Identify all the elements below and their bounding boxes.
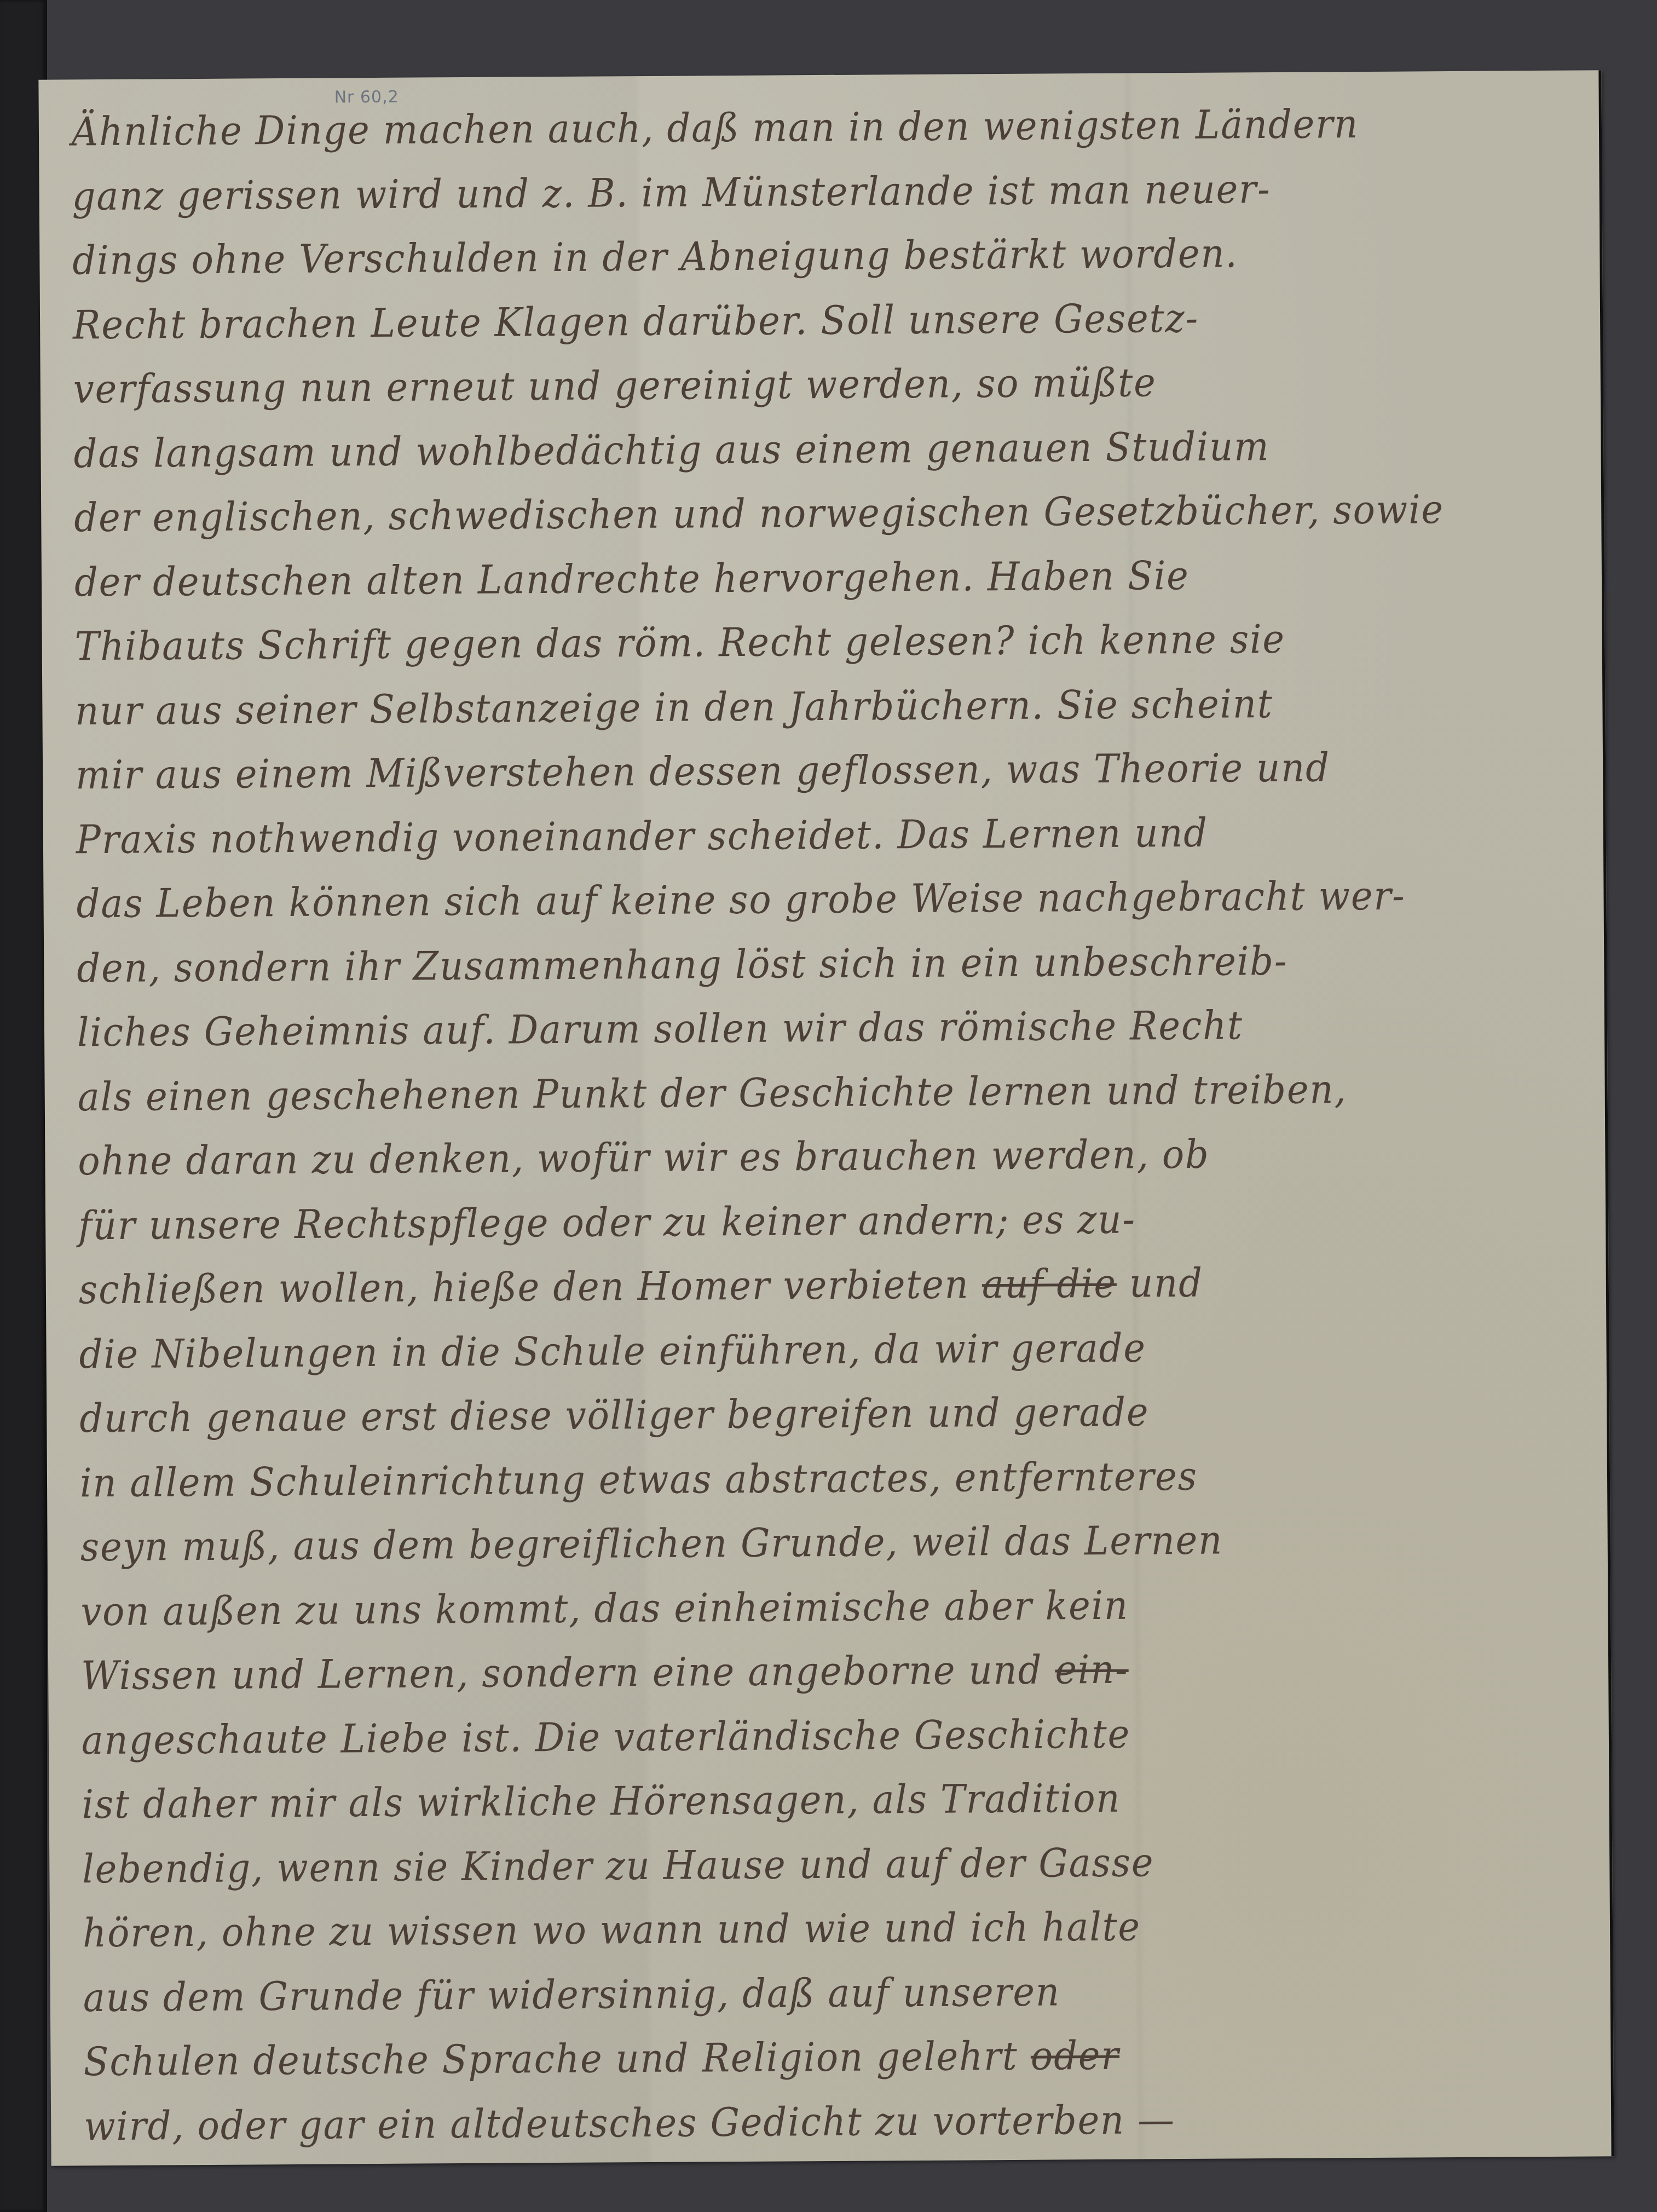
manuscript-line: Wissen und Lernen, sondern eine angeborn… bbox=[81, 1640, 1476, 1703]
manuscript-line: schließen wollen, hieße den Homer verbie… bbox=[79, 1254, 1474, 1317]
manuscript-line: wird, oder gar ein altdeutsches Gedicht … bbox=[84, 2090, 1479, 2153]
manuscript-line: als einen geschehenen Punkt der Geschich… bbox=[77, 1061, 1473, 1124]
manuscript-line: Thibauts Schrift gegen das röm. Recht ge… bbox=[74, 610, 1470, 674]
manuscript-line: der deutschen alten Landrechte hervorgeh… bbox=[74, 546, 1470, 609]
struck-out-word: ein- bbox=[1055, 1646, 1129, 1693]
manuscript-line: hören, ohne zu wissen wo wann und wie un… bbox=[83, 1897, 1478, 1961]
manuscript-page: Nr 60,2 Ähnliche Dinge machen auch, daß … bbox=[38, 70, 1614, 2165]
struck-out-word: auf die bbox=[982, 1260, 1117, 1307]
manuscript-line: aus dem Grunde für widersinnig, daß auf … bbox=[83, 1961, 1478, 2025]
manuscript-line: ohne daran zu denken, wofür wir es brauc… bbox=[78, 1125, 1473, 1189]
manuscript-line: die Nibelungen in die Schule einführen, … bbox=[79, 1318, 1474, 1381]
manuscript-line: Recht brachen Leute Klagen darüber. Soll… bbox=[73, 289, 1468, 352]
manuscript-line: in allem Schuleinrichtung etwas abstract… bbox=[80, 1447, 1475, 1510]
manuscript-line: nur aus seiner Selbstanzeige in den Jahr… bbox=[75, 675, 1470, 738]
manuscript-line: ganz gerissen wird und z. B. im Münsterl… bbox=[72, 160, 1467, 223]
manuscript-line: den, sondern ihr Zusammenhang löst sich … bbox=[77, 932, 1472, 995]
manuscript-line: Praxis nothwendig voneinander scheidet. … bbox=[76, 803, 1471, 867]
manuscript-line: mir aus einem Mißverstehen dessen geflos… bbox=[76, 739, 1471, 803]
manuscript-line: Schulen deutsche Sprache und Religion ge… bbox=[83, 2026, 1479, 2089]
manuscript-line: liches Geheimnis auf. Darum sollen wir d… bbox=[77, 996, 1473, 1060]
manuscript-line: das langsam und wohlbedächtig aus einem … bbox=[73, 417, 1469, 481]
manuscript-line: Ähnliche Dinge machen auch, daß man in d… bbox=[72, 96, 1467, 159]
manuscript-line: angeschaute Liebe ist. Die vaterländisch… bbox=[82, 1704, 1477, 1767]
manuscript-line: ist daher mir als wirkliche Hörensagen, … bbox=[82, 1769, 1477, 1832]
manuscript-line: der englischen, schwedischen und norwegi… bbox=[74, 482, 1469, 545]
manuscript-line: seyn muß, aus dem begreiflichen Grunde, … bbox=[80, 1511, 1475, 1575]
struck-out-word: oder bbox=[1031, 2032, 1120, 2079]
manuscript-line: lebendig, wenn sie Kinder zu Hause und a… bbox=[82, 1833, 1477, 1896]
manuscript-line: das Leben können sich auf keine so grobe… bbox=[76, 868, 1471, 931]
manuscript-line: durch genaue erst diese völliger begreif… bbox=[79, 1382, 1475, 1446]
manuscript-line: von außen zu uns kommt, das einheimische… bbox=[80, 1575, 1476, 1639]
manuscript-line: verfassung nun erneut und gereinigt werd… bbox=[73, 353, 1469, 417]
manuscript-line: dings ohne Verschulden in der Abneigung … bbox=[72, 224, 1468, 288]
manuscript-line: für unsere Rechtspflege oder zu keiner a… bbox=[78, 1189, 1474, 1253]
